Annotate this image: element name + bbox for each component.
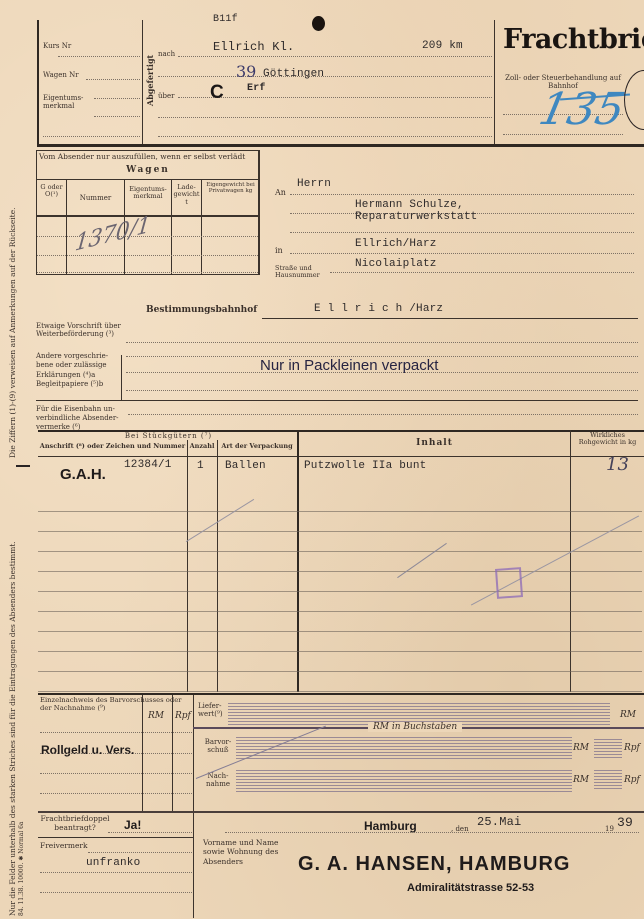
rollgeld-value: Rollgeld u. Vers. (41, 743, 134, 757)
punch-hole (312, 16, 325, 31)
barvorschuss-label: Barvor- schuß (200, 738, 236, 754)
print-code: 84. 11.38. 10000. ✱ Normal 6a (19, 822, 26, 917)
recipient-salutation[interactable]: Herrn (297, 178, 331, 190)
freivermerk-line-1[interactable] (88, 852, 192, 853)
kurs-nr-label: Kurs Nr (43, 42, 73, 50)
vermerke-line: verbindliche Absender- (36, 414, 128, 423)
payment-col-rm (142, 695, 143, 813)
wagen-col-header: Eigengewicht bei Privatwagen kg (202, 182, 259, 195)
goods-number: 12384/1 (124, 459, 172, 471)
extra-line-1 (158, 117, 492, 118)
railway-stamp-icon (624, 70, 644, 130)
rm-in-buchstaben: RM in Buchstaben (368, 722, 462, 732)
ueber-city: Erf (247, 83, 266, 94)
ueber-line (178, 97, 492, 98)
destination-label: Bestimmungsbahnhof (146, 305, 257, 315)
wagen-nr-field[interactable] (86, 79, 140, 80)
erklaerungen-brace (118, 355, 122, 401)
recipient-company[interactable]: Reparaturwerkstatt (355, 211, 477, 223)
goods-col-header: Inhalt (299, 438, 570, 448)
header-left-border (37, 20, 39, 145)
erklaerungen-line: Andere vorgeschrie- (36, 352, 116, 361)
header-bottom-rule (37, 144, 644, 147)
street-line (330, 272, 634, 273)
goods-group-header: Bei Stückgütern (⁷) (40, 432, 297, 440)
goods-weight: 13 (606, 454, 629, 475)
nach-line (178, 56, 492, 57)
destination-line (262, 318, 638, 319)
payment-col-rpf (172, 695, 173, 813)
wagen-col-header: Nummer (67, 194, 124, 202)
header-title-divider (494, 20, 495, 145)
lieferwert-label: Liefer- wert(⁹) (198, 702, 228, 718)
erklaerungen-label: Andere vorgeschrie- bene oder zulässige … (36, 352, 116, 390)
route-line (158, 76, 492, 77)
wagen-row-3[interactable] (37, 272, 258, 273)
wagen-heading: Vom Absender nur auszufüllen, wenn er se… (39, 153, 259, 162)
footer-year[interactable]: 39 (617, 815, 633, 830)
nach-value[interactable]: Ellrich Kl. (213, 40, 294, 54)
eigentumsmerkmal-field-1[interactable] (94, 98, 140, 99)
wagen-col-header: Eigentums- merkmal (125, 186, 171, 201)
freivermerk-label: Freivermerk (40, 842, 88, 851)
an-label: An (275, 188, 286, 197)
footer-place: Hamburg (364, 819, 417, 833)
margin-dash (16, 465, 30, 467)
goods-col-header: Anzahl (187, 443, 217, 450)
distance-value: 209 km (422, 40, 463, 52)
rm-label: RM (148, 711, 164, 721)
freivermerk-value[interactable]: unfranko (86, 857, 140, 869)
einzelnachweis-label: Einzelnachweis des Barvorschusses oder d… (40, 697, 194, 713)
in-line (290, 253, 634, 254)
purple-stamp-icon (495, 567, 523, 599)
nachnahme-rm-field[interactable] (236, 770, 572, 792)
extra-line-2 (158, 136, 492, 137)
eigentumsmerkmal-label: Eigentums- merkmal (43, 94, 91, 110)
an-line-1 (290, 194, 634, 195)
erklaerungen-line-3[interactable] (126, 390, 638, 391)
den-label: , den (451, 825, 469, 833)
payment-row-line[interactable] (40, 753, 192, 754)
in-label: in (275, 246, 283, 255)
doppel-rule (38, 837, 193, 838)
lieferwert-rm: RM (620, 710, 636, 720)
payment-row-line[interactable] (40, 773, 192, 774)
payment-row-line[interactable] (40, 793, 192, 794)
payment-top-rule (38, 693, 644, 695)
vermerke-label: Für die Eisenbahn un- verbindliche Absen… (36, 405, 128, 431)
doppel-label: Frachtbriefdoppel beantragt? (40, 815, 110, 832)
recipient-name[interactable]: Hermann Schulze, (355, 199, 464, 211)
goods-row-lines (38, 492, 642, 692)
header-extra-field[interactable] (43, 136, 140, 137)
nach-label: nach (158, 50, 175, 58)
destination-value[interactable]: E l l r i c h /Harz (314, 303, 443, 315)
margin-note-top: Die Ziffern (1)-(9) verweisen auf Anmerk… (9, 207, 18, 458)
vermerke-line: Für die Eisenbahn un- (36, 405, 128, 414)
doppel-value: Ja! (124, 818, 141, 832)
sender-address: Admiralitätstrasse 52-53 (407, 882, 534, 894)
weiterbefoerderung-label: Etwaige Vorschrift über Weiterbeförderun… (36, 322, 126, 338)
goods-header-bottom (38, 456, 644, 457)
barvorschuss-rpf: Rpf (624, 743, 640, 753)
eigentumsmerkmal-field-2[interactable] (94, 116, 140, 117)
nachnahme-rm: RM (573, 775, 589, 785)
vermerke-field[interactable] (128, 414, 638, 415)
footer-date[interactable]: 25.Mai (477, 815, 521, 829)
erklaerungen-line: bene oder zulässige (36, 361, 116, 370)
document-title: Frachtbrief (503, 24, 644, 55)
an-line-3 (290, 232, 634, 233)
nachnahme-rpf: Rpf (624, 775, 640, 785)
street-label: Straße und Hausnummer (275, 265, 333, 280)
weiterbefoerderung-field[interactable] (126, 342, 638, 343)
goods-content: Putzwolle IIa bunt (304, 460, 426, 472)
route-number: 39 (236, 62, 256, 81)
sender-label: Vorname und Name sowie Wohnung des Absen… (203, 838, 279, 866)
goods-packaging: Ballen (225, 460, 266, 472)
erklaerungen-line: Begleitpapiere (⁵)b (36, 380, 116, 389)
year-prefix: 19 (605, 825, 614, 833)
goods-col-header: Art der Verpackung (217, 443, 297, 450)
barvorschuss-rpf-field[interactable] (594, 739, 622, 759)
freivermerk-line-2[interactable] (40, 872, 192, 873)
sender-label-line: Vorname und Name (203, 838, 279, 847)
sender-label-line: Absenders (203, 857, 279, 866)
goods-col-header: Wirkliches Rohgewicht in kg (571, 432, 644, 447)
erklaerungen-stamp: Nur in Packleinen verpackt (260, 357, 438, 374)
form-code: B11f (213, 14, 238, 25)
sender-name: G. A. HANSEN, HAMBURG (298, 853, 570, 876)
wagen-col-header: G oder O(¹) (37, 184, 66, 199)
recipient-city[interactable]: Ellrich/Harz (355, 238, 437, 250)
ueber-mark: C (210, 82, 224, 104)
freivermerk-line-3[interactable] (40, 892, 192, 893)
goods-count: 1 (197, 460, 204, 472)
rpf-label: Rpf (175, 711, 191, 721)
barvorschuss-rm: RM (573, 743, 589, 753)
wagen-nr-label: Wagen Nr (43, 71, 79, 79)
place-date-line (225, 832, 639, 833)
wagen-header-top (36, 179, 260, 180)
sender-label-line: sowie Wohnung des (203, 847, 279, 856)
margin-note-bottom: Nur die Felder unterhalb des starken Str… (9, 541, 18, 916)
goods-col-header: Anschrift (⁸) oder Zeichen und Nummer (38, 443, 187, 450)
wagen-row-2[interactable] (37, 255, 258, 256)
wagen-subheading: Wagen (36, 165, 260, 175)
wagen-col-header: Lade- gewicht t (172, 184, 201, 206)
erklaerungen-line: Erklärungen (⁴)a (36, 371, 116, 380)
recipient-street[interactable]: Nicolaiplatz (355, 258, 437, 270)
nachnahme-rpf-field[interactable] (594, 770, 622, 790)
goods-mark: G.A.H. (60, 466, 106, 483)
table-row[interactable]: G.A.H. 12384/1 1 Ballen Putzwolle IIa bu… (38, 458, 644, 482)
payment-row-line[interactable] (40, 732, 192, 733)
kurs-nr-field[interactable] (58, 56, 140, 57)
erklaerungen-rule (36, 400, 638, 401)
doppel-field[interactable] (108, 832, 192, 833)
header-divider (142, 20, 143, 145)
ueber-label-text: über (158, 92, 174, 100)
blue-handwritten-number: 135 (535, 84, 630, 135)
abgefertigt-label: Abgefertigt (146, 55, 155, 106)
route-city[interactable]: Göttingen (263, 68, 324, 80)
footer-top-rule (38, 811, 644, 813)
